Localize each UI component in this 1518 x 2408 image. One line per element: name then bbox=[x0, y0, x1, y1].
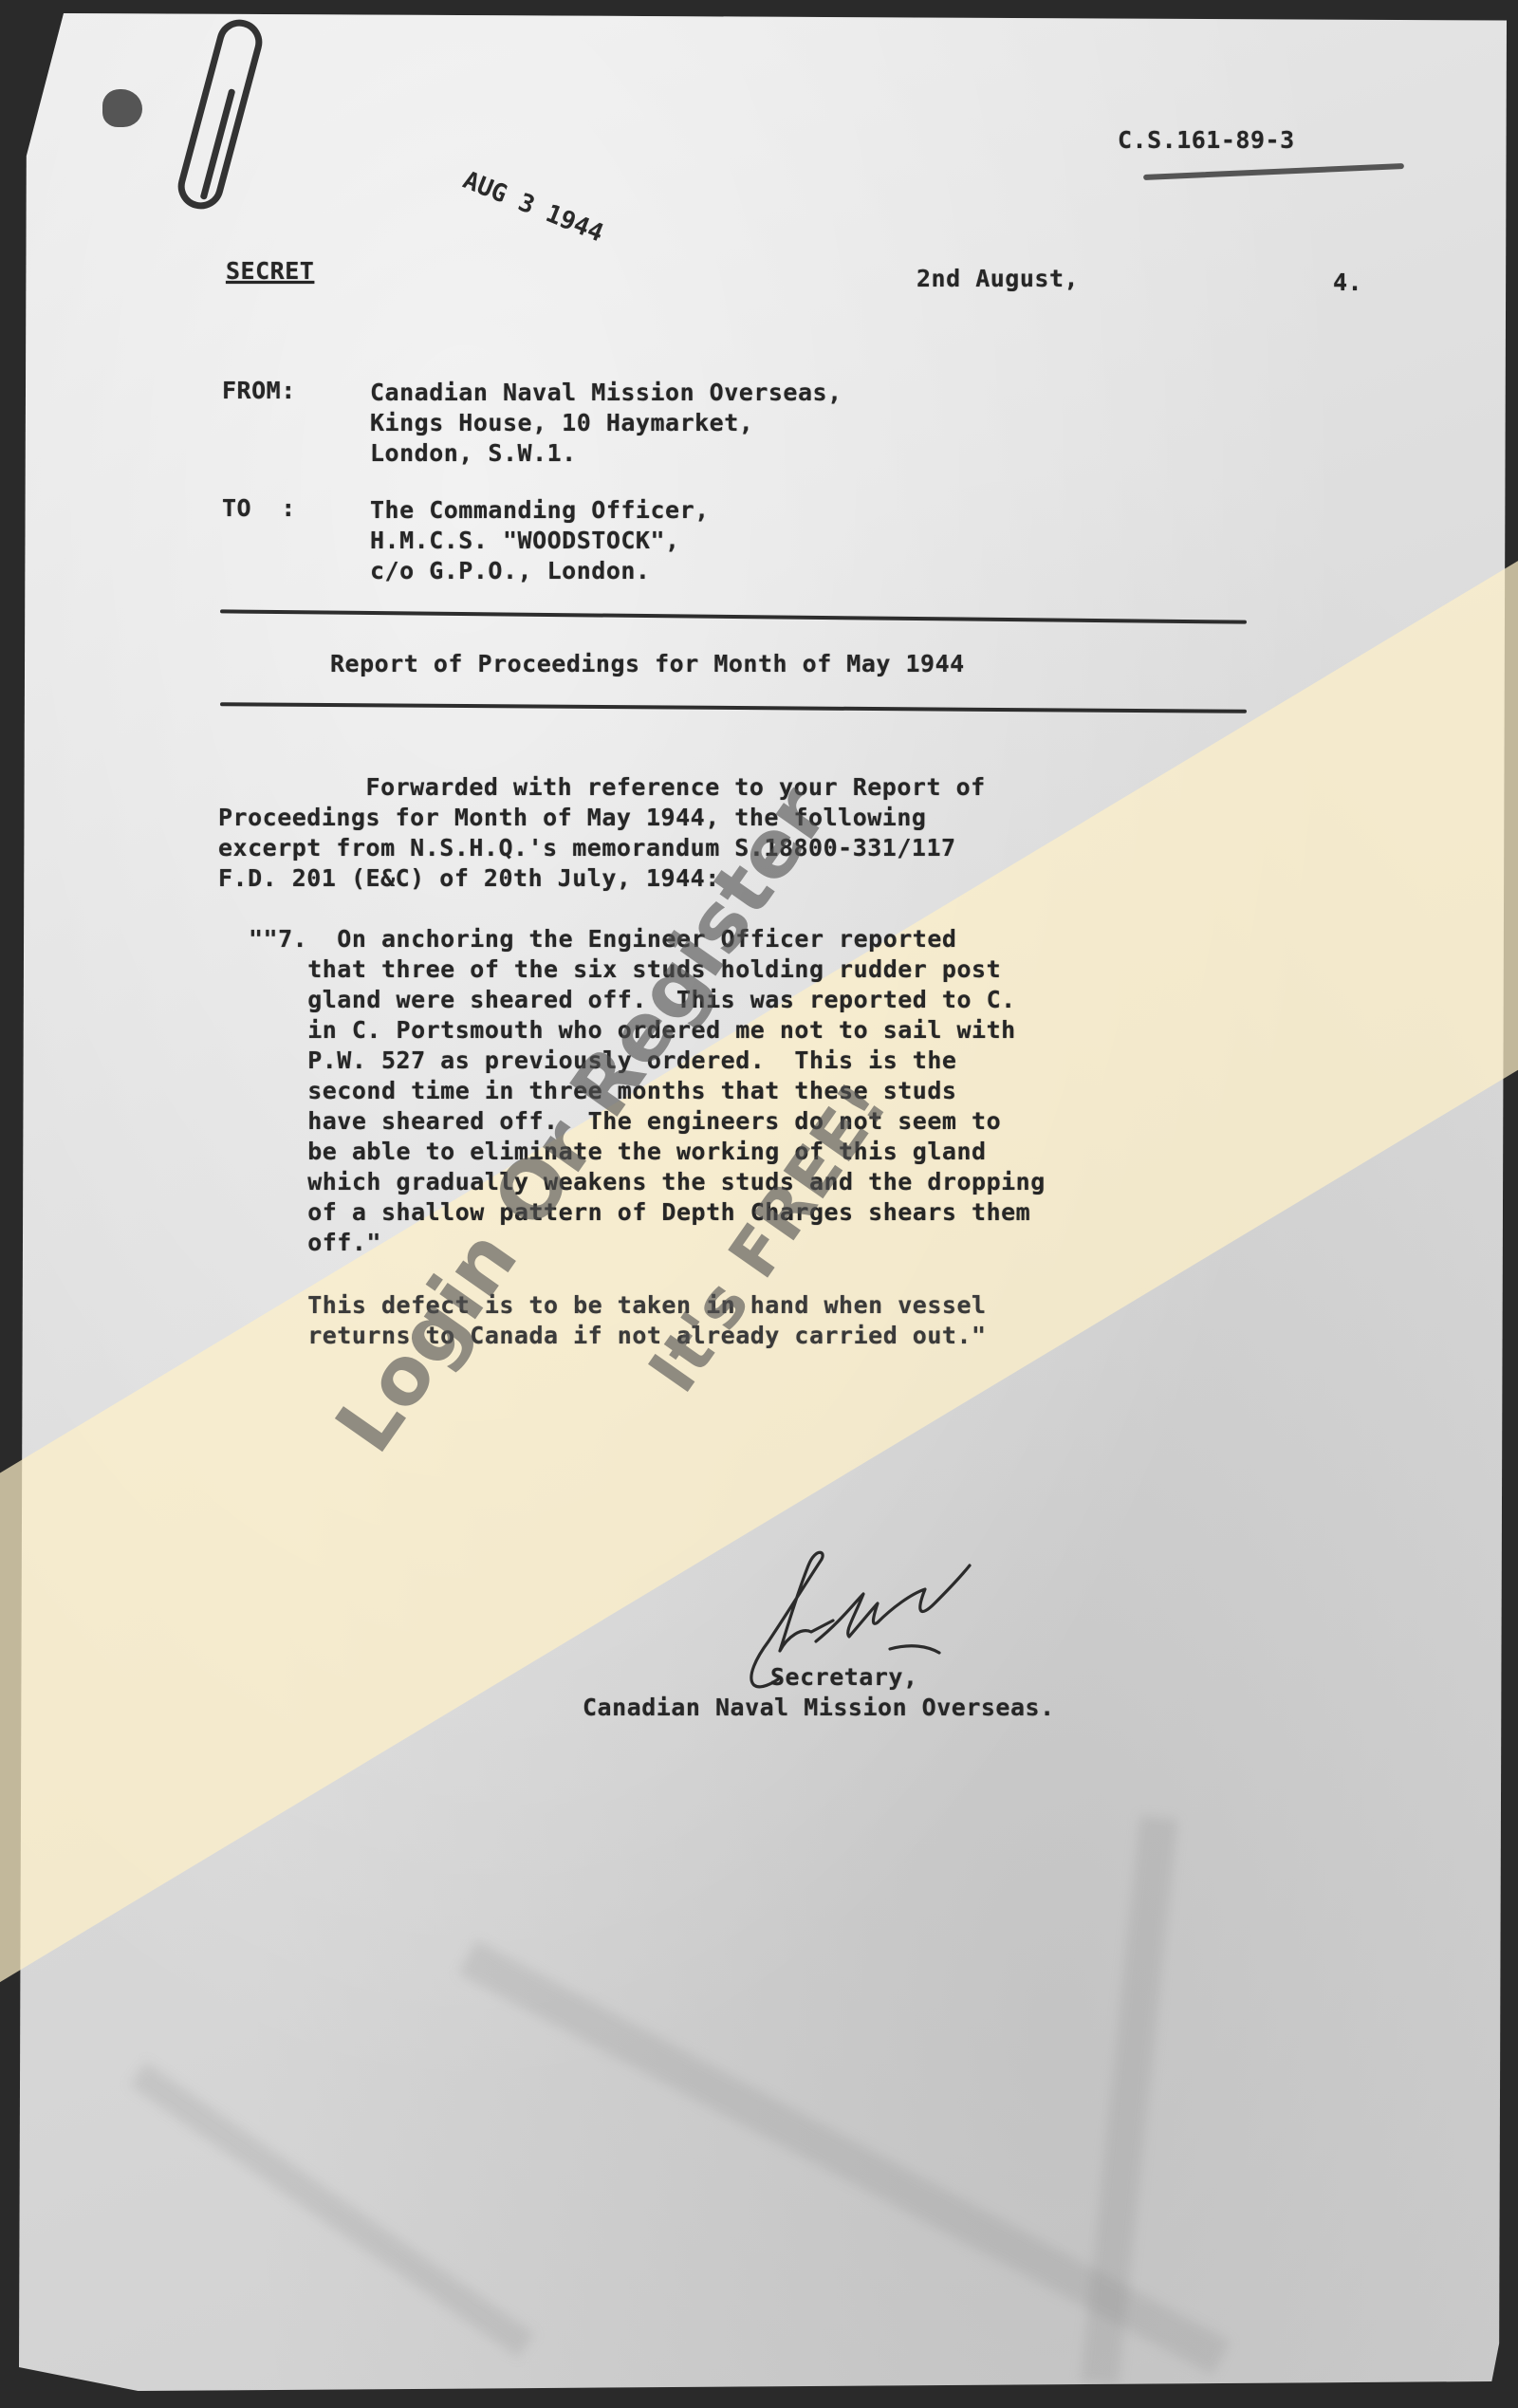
signature-title: Secretary, bbox=[770, 1662, 918, 1693]
quote-line: in C. Portsmouth who ordered me not to s… bbox=[249, 1015, 1016, 1046]
quote-line: have sheared off. The engineers do not s… bbox=[249, 1106, 1001, 1137]
closing-line: This defect is to be taken in hand when … bbox=[249, 1290, 987, 1321]
document-date-year: 4. bbox=[1333, 268, 1362, 298]
paper-crease bbox=[130, 2062, 535, 2357]
subject-line: Report of Proceedings for Month of May 1… bbox=[330, 649, 965, 679]
to-line: H.M.C.S. "WOODSTOCK", bbox=[370, 526, 680, 556]
from-line: Canadian Naval Mission Overseas, bbox=[370, 378, 842, 408]
intro-line: Forwarded with reference to your Report … bbox=[218, 772, 986, 803]
quote-line: be able to eliminate the working of this… bbox=[249, 1137, 987, 1167]
document-date: 2nd August, bbox=[916, 264, 1079, 294]
intro-line: excerpt from N.S.H.Q.'s memorandum S.188… bbox=[218, 833, 956, 863]
to-label: TO : bbox=[222, 493, 296, 524]
quote-line: of a shallow pattern of Depth Charges sh… bbox=[249, 1197, 1030, 1228]
quote-line: that three of the six studs holding rudd… bbox=[249, 954, 1001, 985]
to-line: c/o G.P.O., London. bbox=[370, 556, 650, 586]
from-line: Kings House, 10 Haymarket, bbox=[370, 408, 753, 438]
quote-line: which gradually weakens the studs and th… bbox=[249, 1167, 1046, 1197]
closing-line: returns to Canada if not already carried… bbox=[249, 1321, 987, 1351]
signature-organization: Canadian Naval Mission Overseas. bbox=[583, 1693, 1055, 1723]
classification-label: SECRET bbox=[226, 256, 314, 287]
quote-line: gland were sheared off. This was reporte… bbox=[249, 985, 1016, 1015]
quote-line: second time in three months that these s… bbox=[249, 1076, 956, 1106]
quote-line: off." bbox=[249, 1228, 381, 1258]
intro-line: Proceedings for Month of May 1944, the f… bbox=[218, 803, 926, 833]
quote-line: P.W. 527 as previously ordered. This is … bbox=[249, 1046, 956, 1076]
to-line: The Commanding Officer, bbox=[370, 495, 710, 526]
from-line: London, S.W.1. bbox=[370, 438, 577, 469]
from-label: FROM: bbox=[222, 376, 296, 406]
reference-number: C.S.161-89-3 bbox=[1118, 125, 1295, 156]
punch-hole bbox=[102, 89, 142, 127]
intro-line: F.D. 201 (E&C) of 20th July, 1944: bbox=[218, 863, 720, 894]
quote-line: ""7. On anchoring the Engineer Officer r… bbox=[249, 924, 956, 954]
